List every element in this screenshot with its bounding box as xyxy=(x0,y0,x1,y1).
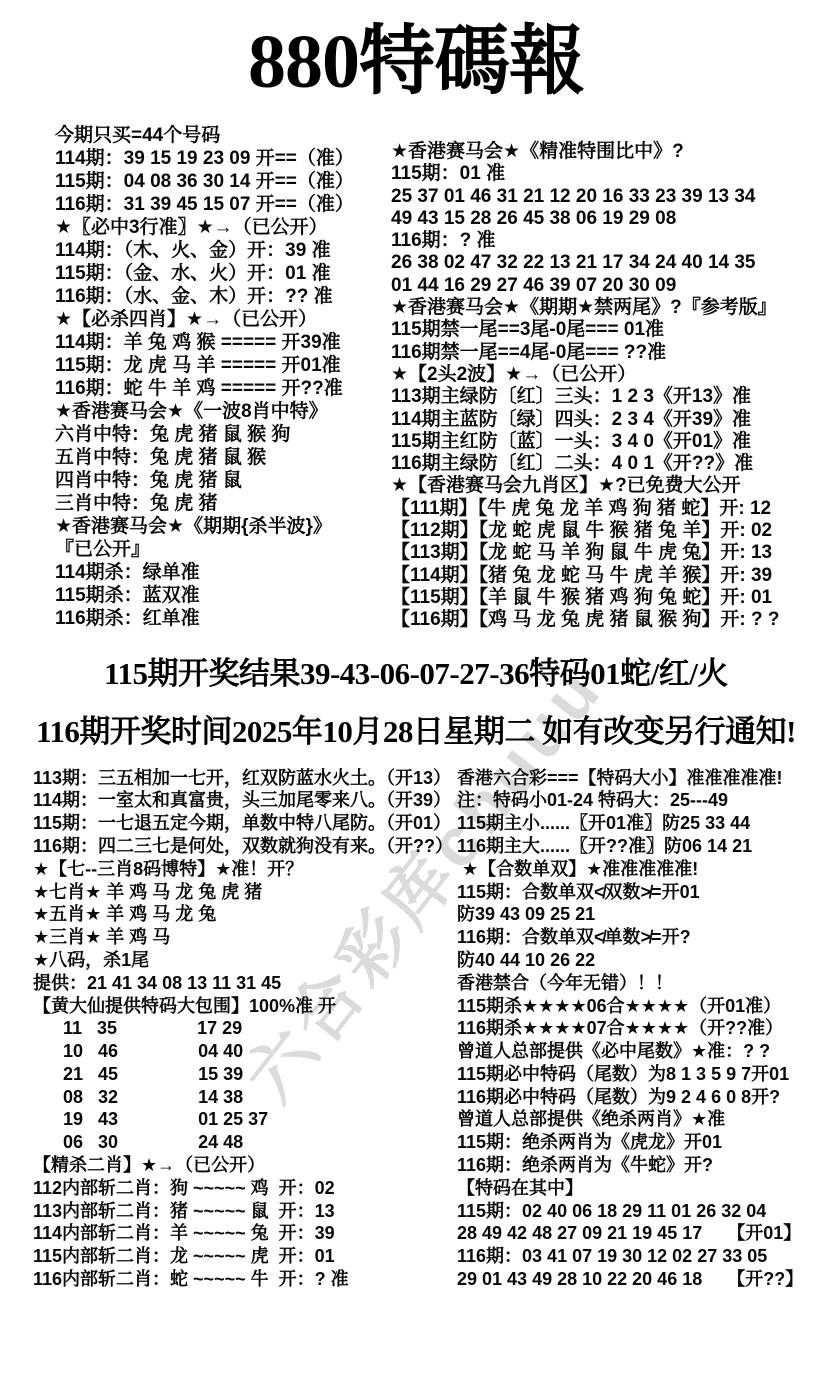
text-line: ★〖必中3行准〗★→（已公开） xyxy=(55,216,391,239)
text-line: 【精杀二肖】★→（已公开） xyxy=(33,1154,457,1177)
text-line: ★【合数单双】★准准准准准! xyxy=(457,858,829,881)
text-line: 六肖中特：兔 虎 猪 鼠 猴 狗 xyxy=(55,423,391,446)
text-line: 19 43 01 25 37 xyxy=(33,1108,457,1131)
top-section: 今期只买=44个号码114期：39 15 19 23 09 开==（准）115期… xyxy=(55,124,832,632)
text-line: 116期杀★★★★07合★★★★（开??准） xyxy=(457,1017,829,1040)
text-line: ★【七--三肖8码博特】★准！开？ xyxy=(33,858,457,881)
text-line: 防40 44 10 26 22 xyxy=(457,949,829,972)
text-line: 113内部斩二肖：猪 ~~~~~ 鼠 开：13 xyxy=(33,1200,457,1223)
result-banner-line-1: 115期开奖结果39-43-06-07-27-36特码01蛇/红/火 xyxy=(0,648,832,693)
text-line: 115期：01 准 xyxy=(391,163,829,185)
text-line: 113期主绿防〔红〕三头：1 2 3《开13》准 xyxy=(391,386,829,408)
text-line: 115期主红防〔蓝〕一头：3 4 0《开01》准 xyxy=(391,431,829,453)
page-title: 880特碼報 xyxy=(0,0,832,110)
text-line: ★五肖★ 羊 鸡 马 龙 兔 xyxy=(33,903,457,926)
text-line: 113期：三五相加一七开，红双防蓝水火土。（开13） xyxy=(33,767,457,790)
text-line: 115期杀★★★★06合★★★★（开01准） xyxy=(457,995,829,1018)
text-line: 115期：绝杀两肖为《虎龙》开01 xyxy=(457,1131,829,1154)
text-line: 21 45 15 39 xyxy=(33,1063,457,1086)
text-line: 【112期】【龙 蛇 虎 鼠 牛 猴 猪 兔 羊】开: 02 xyxy=(391,520,829,542)
text-line: 116期：蛇 牛 羊 鸡 ===== 开??准 xyxy=(55,377,391,400)
text-line: 三肖中特：兔 虎 猪 xyxy=(55,492,391,515)
text-line: 114期：一室太和真富贵，头三加尾零来八。（开39） xyxy=(33,789,457,812)
text-line: 今期只买=44个号码 xyxy=(55,124,391,147)
text-line: 116期：绝杀两肖为《牛蛇》开? xyxy=(457,1154,829,1177)
text-line: 115期：04 08 36 30 14 开==（准） xyxy=(55,170,391,193)
text-line: 114内部斩二肖：羊 ~~~~~ 兔 开：39 xyxy=(33,1222,457,1245)
text-line: 116期禁一尾==4尾-0尾=== ??准 xyxy=(391,342,829,364)
text-line: ★【必杀四肖】★→（已公开） xyxy=(55,308,391,331)
text-line: 114期杀：绿单准 xyxy=(55,561,391,584)
text-line: 116期：? 准 xyxy=(391,230,829,252)
text-line: 114期：（木、火、金）开：39 准 xyxy=(55,239,391,262)
text-line: 115期：合数单双≮双数≯=开01 xyxy=(457,881,829,904)
text-line: 【黄大仙提供特码大包围】100%准 开 xyxy=(33,995,457,1018)
text-line: 【111期】【牛 虎 兔 龙 羊 鸡 狗 猪 蛇】开: 12 xyxy=(391,498,829,520)
text-line: 114期：羊 兔 鸡 猴 ===== 开39准 xyxy=(55,331,391,354)
text-line: 116期杀：红单准 xyxy=(55,607,391,630)
text-line: 49 43 15 28 26 45 38 06 19 29 08 xyxy=(391,208,829,230)
text-line: 01 44 16 29 27 46 39 07 20 30 09 xyxy=(391,275,829,297)
top-left-column: 今期只买=44个号码114期：39 15 19 23 09 开==（准）115期… xyxy=(55,124,391,632)
text-line: 115期：龙 虎 马 羊 ===== 开01准 xyxy=(55,354,391,377)
text-line: 115期：02 40 06 18 29 11 01 26 32 04 xyxy=(457,1200,829,1223)
text-line: 115期：一七退五定今期，单数中特八尾防。（开01） xyxy=(33,812,457,835)
text-line: 116期：合数单双≮单数≯=开? xyxy=(457,926,829,949)
bottom-right-column: 香港六合彩===【特码大小】准准准准准!注：特码小01-24 特码大：25---… xyxy=(457,767,829,1291)
text-line: ★香港赛马会★《精准特围比中》? xyxy=(391,141,829,163)
text-line: 『已公开』 xyxy=(55,538,391,561)
text-line: 28 49 42 48 27 09 21 19 45 17 【开01】 xyxy=(457,1222,829,1245)
text-line: 29 01 43 49 28 10 22 20 46 18 【开??】 xyxy=(457,1268,829,1291)
text-line: 115期杀：蓝双准 xyxy=(55,584,391,607)
text-line: 25 37 01 46 31 21 12 20 16 33 23 39 13 3… xyxy=(391,186,829,208)
text-line: 【116期】【鸡 马 龙 兔 虎 猪 鼠 猴 狗】开: ? ? xyxy=(391,609,829,631)
bottom-left-column: 113期：三五相加一七开，红双防蓝水火土。（开13）114期：一室太和真富贵，头… xyxy=(33,767,457,1291)
text-line: 26 38 02 47 32 22 13 21 17 34 24 40 14 3… xyxy=(391,252,829,274)
text-line: 116期：（水、金、木）开：?? 准 xyxy=(55,285,391,308)
text-line: 116内部斩二肖：蛇 ~~~~~ 牛 开：? 准 xyxy=(33,1268,457,1291)
text-line: ★香港赛马会★《期期★禁两尾》?『参考版』 xyxy=(391,297,829,319)
text-line: 四肖中特：兔 虎 猪 鼠 xyxy=(55,469,391,492)
text-line: 116期主大......〖开??准〗防06 14 21 xyxy=(457,835,829,858)
text-line: 116期主绿防〔红〕二头：4 0 1《开??》准 xyxy=(391,453,829,475)
text-line: ★八码，杀1尾 xyxy=(33,949,457,972)
text-line: 115期主小......〖开01准〗防25 33 44 xyxy=(457,812,829,835)
text-line: 香港六合彩===【特码大小】准准准准准! xyxy=(457,767,829,790)
text-line: 115期禁一尾==3尾-0尾=== 01准 xyxy=(391,319,829,341)
text-line: ★香港赛马会★《期期{杀半波}》 xyxy=(55,515,391,538)
text-line: 曾道人总部提供《绝杀两肖》★准 xyxy=(457,1108,829,1131)
text-line: 11 35 17 29 xyxy=(33,1017,457,1040)
newspaper-page: 六合彩库chuuu 880特碼報 今期只买=44个号码114期：39 15 19… xyxy=(0,0,832,1388)
result-banner: 115期开奖结果39-43-06-07-27-36特码01蛇/红/火 116期开… xyxy=(0,648,832,751)
text-line: 防39 43 09 25 21 xyxy=(457,903,829,926)
text-line: ★七肖★ 羊 鸡 马 龙 兔 虎 猪 xyxy=(33,881,457,904)
text-line: ★【香港赛马会九肖区】★?已免费大公开 xyxy=(391,475,829,497)
top-right-column: ★香港赛马会★《精准特围比中》?115期：01 准25 37 01 46 31 … xyxy=(391,124,829,632)
text-line: 115期：（金、水、火）开：01 准 xyxy=(55,262,391,285)
text-line: 116期必中特码（尾数）为9 2 4 6 0 8开? xyxy=(457,1086,829,1109)
text-line: 【特码在其中】 xyxy=(457,1177,829,1200)
text-line: 五肖中特：兔 虎 猪 鼠 猴 xyxy=(55,446,391,469)
text-line: 114期：39 15 19 23 09 开==（准） xyxy=(55,147,391,170)
text-line: 曾道人总部提供《必中尾数》★准：? ? xyxy=(457,1040,829,1063)
text-line: 注：特码小01-24 特码大：25---49 xyxy=(457,789,829,812)
text-line: 香港禁合（今年无错）！！ xyxy=(457,972,829,995)
text-line: 116期：03 41 07 19 30 12 02 27 33 05 xyxy=(457,1245,829,1268)
text-line: 【113期】【龙 蛇 马 羊 狗 鼠 牛 虎 兔】开: 13 xyxy=(391,542,829,564)
bottom-section: 113期：三五相加一七开，红双防蓝水火土。（开13）114期：一室太和真富贵，头… xyxy=(33,767,832,1291)
text-line: 112内部斩二肖：狗 ~~~~~ 鸡 开：02 xyxy=(33,1177,457,1200)
text-line: ★【2头2波】★→（已公开） xyxy=(391,364,829,386)
text-line: 115期必中特码（尾数）为8 1 3 5 9 7开01 xyxy=(457,1063,829,1086)
text-line: 116期：31 39 45 15 07 开==（准） xyxy=(55,193,391,216)
text-line: 【114期】【猪 兔 龙 蛇 马 牛 虎 羊 猴】开: 39 xyxy=(391,565,829,587)
text-line: 【115期】【羊 鼠 牛 猴 猪 鸡 狗 兔 蛇】开: 01 xyxy=(391,587,829,609)
text-line: 114期主蓝防〔绿〕四头：2 3 4《开39》准 xyxy=(391,409,829,431)
text-line: ★三肖★ 羊 鸡 马 xyxy=(33,926,457,949)
text-line: 10 46 04 40 xyxy=(33,1040,457,1063)
text-line: 提供：21 41 34 08 13 11 31 45 xyxy=(33,972,457,995)
text-line: 08 32 14 38 xyxy=(33,1086,457,1109)
text-line: 06 30 24 48 xyxy=(33,1131,457,1154)
result-banner-line-2: 116期开奖时间2025年10月28日星期二 如有改变另行通知! xyxy=(0,706,832,751)
text-line: 115内部斩二肖：龙 ~~~~~ 虎 开：01 xyxy=(33,1245,457,1268)
text-line: 116期：四二三七是何处，双数就狗没有来。（开??） xyxy=(33,835,457,858)
text-line: ★香港赛马会★《一波8肖中特》 xyxy=(55,400,391,423)
